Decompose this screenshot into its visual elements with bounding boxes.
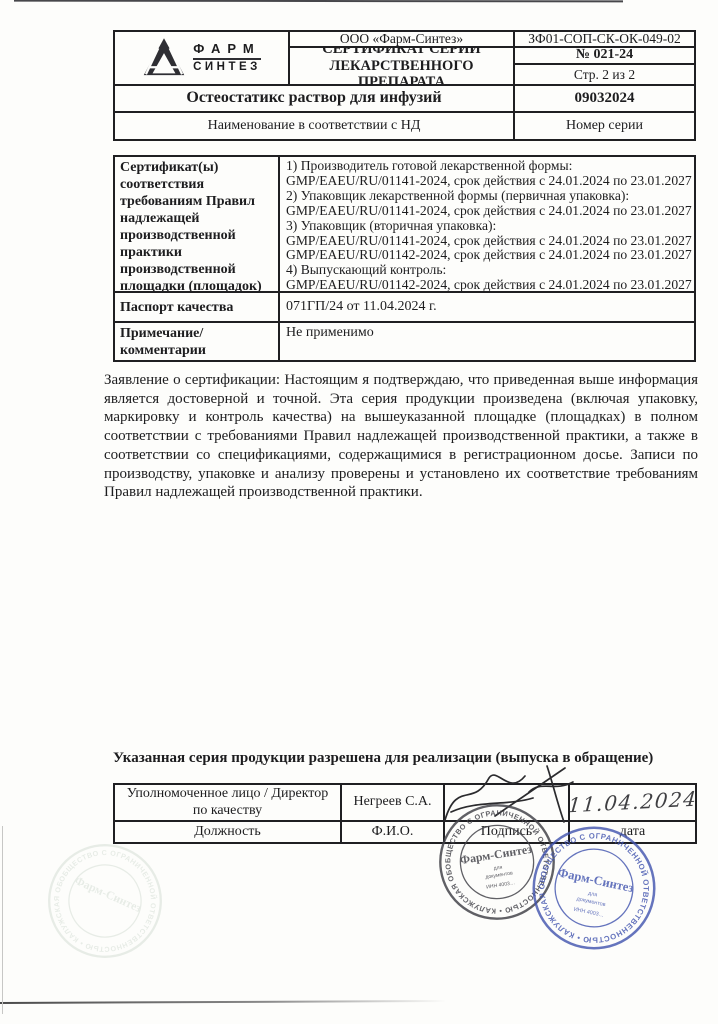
gmp-line: GMP/EAEU/RU/01141-2024, срок действия с … — [286, 204, 688, 219]
scan-artifact-top-line — [14, 0, 623, 2]
svg-text:ИНН 4003…: ИНН 4003… — [486, 880, 516, 890]
role-caption: Должность — [115, 822, 342, 842]
quality-passport-value: 071ГП/24 от 11.04.2024 г. — [280, 293, 694, 323]
gmp-line: 4) Выпускающий контроль: — [286, 263, 688, 278]
series-caption: Номер серии — [515, 113, 694, 139]
logo-word-farm: ФАРМ — [193, 42, 261, 60]
gmp-line: GMP/EAEU/RU/01142-2024, срок действия с … — [286, 248, 688, 263]
document-title-line1: СЕРТИФИКАТ СЕРИИ — [322, 48, 480, 58]
product-name-caption: Наименование в соответствии с НД — [115, 113, 515, 139]
note-value: Не применимо — [280, 323, 694, 360]
date-caption: дата — [570, 822, 695, 842]
note-label: Примечание/комментарии — [115, 323, 280, 360]
logo-word-sintez: СИНТЕЗ — [193, 60, 261, 74]
gmp-certificates-label: Сертификат(ы) соответствия требованиям П… — [115, 157, 280, 293]
signature-cell — [445, 785, 570, 822]
svg-text:Фарм-Синтез: Фарм-Синтез — [459, 842, 533, 867]
signature-caption: Подпись — [445, 822, 570, 842]
gmp-line: 3) Упаковщик (вторичная упаковка): — [286, 219, 688, 234]
svg-text:Фарм-Синтез: Фарм-Синтез — [73, 874, 144, 915]
page-indicator: Стр. 2 из 2 — [515, 65, 694, 86]
release-statement: Указанная серия продукции разрешена для … — [113, 750, 703, 767]
svg-text:Фарм-Синтез: Фарм-Синтез — [556, 865, 634, 895]
header-table: ФАРМ СИНТЕЗ ООО «Фарм-Синтез» СЕРТИФИКАТ… — [113, 30, 696, 141]
gmp-line: GMP/EAEU/RU/01141-2024, срок действия с … — [286, 174, 688, 189]
farm-sintez-logo-icon — [142, 36, 186, 80]
gmp-line: GMP/EAEU/RU/01141-2024, срок действия с … — [286, 234, 688, 249]
document-title-line2: ЛЕКАРСТВЕННОГО ПРЕПАРАТА — [294, 58, 509, 86]
svg-text:документов: документов — [485, 870, 514, 880]
gmp-line: 2) Упаковщик лекарственной формы (первич… — [286, 189, 688, 204]
gmp-certificates-value: 1) Производитель готовой лекарственной ф… — [280, 157, 694, 293]
document-code: ЗФ01-СОП-СК-ОК-049-02 — [515, 32, 694, 48]
svg-text:для: для — [493, 865, 503, 872]
handwritten-date: 11.04.2024 — [570, 788, 695, 818]
logo-text: ФАРМ СИНТЕЗ — [193, 42, 261, 74]
product-name: Остеостатикс раствор для инфузий — [115, 86, 515, 113]
svg-text:для: для — [587, 891, 597, 899]
details-table: Сертификат(ы) соответствия требованиям П… — [113, 155, 696, 362]
authorized-person-role: Уполномоченное лицо / Директор по качест… — [115, 785, 342, 822]
svg-text:документов: документов — [576, 896, 606, 908]
scan-artifact-bottom-line — [0, 1000, 446, 1004]
date-cell: 11.04.2024 — [570, 785, 695, 822]
document-number: № 021-24 — [515, 48, 694, 65]
quality-passport-label: Паспорт качества — [115, 293, 280, 323]
logo-cell: ФАРМ СИНТЕЗ — [115, 32, 290, 86]
scan-artifact-left-edge — [2, 826, 3, 1014]
company-name: ООО «Фарм-Синтез» — [290, 32, 515, 48]
document-title: СЕРТИФИКАТ СЕРИИ ЛЕКАРСТВЕННОГО ПРЕПАРАТ… — [290, 48, 515, 86]
series-number: 09032024 — [515, 86, 694, 113]
name-caption: Ф.И.О. — [342, 822, 445, 842]
gmp-line: GMP/EAEU/RU/01142-2024, срок действия с … — [286, 278, 688, 293]
certification-statement: Заявление о сертификации: Настоящим я по… — [104, 371, 698, 502]
certificate-page: ФАРМ СИНТЕЗ ООО «Фарм-Синтез» СЕРТИФИКАТ… — [0, 0, 718, 1024]
authorized-person-name: Негреев С.А. — [342, 785, 445, 822]
svg-text:ИНН 4003…: ИНН 4003… — [573, 907, 604, 919]
signature-table: Уполномоченное лицо / Директор по качест… — [113, 783, 697, 844]
gmp-line: 1) Производитель готовой лекарственной ф… — [286, 159, 688, 174]
